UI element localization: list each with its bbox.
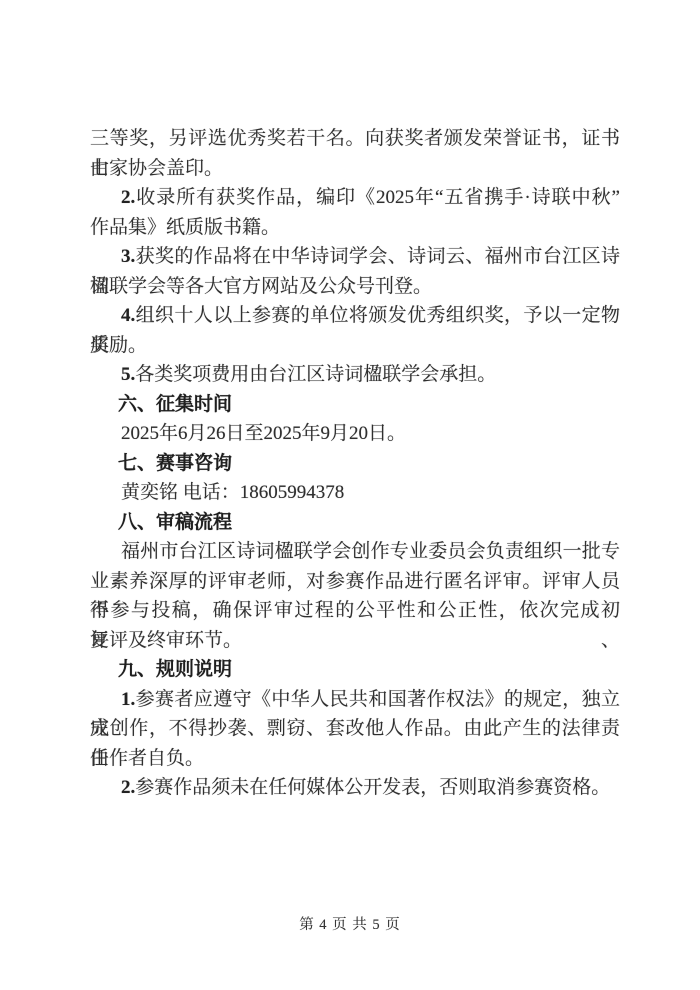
paragraph-number: 1.: [121, 689, 135, 710]
text-line-content: 参赛作品须未在任何媒体公开发表，否则取消参赛资格。: [135, 777, 610, 798]
text-line: 1.参赛者应遵守《中华人民共和国著作权法》的规定，独立完: [90, 685, 620, 715]
section-heading-label: 九、规则说明: [118, 659, 232, 680]
text-line-content: 奖励。: [90, 335, 147, 356]
section-heading-contest-inquiry: 七、赛事咨询: [90, 449, 620, 479]
text-line-content: 黄奕铭 电话：18605994378: [121, 482, 344, 503]
paragraph-number: 2.: [121, 777, 135, 798]
text-line-content: 各类奖项费用由台江区诗词楹联学会承担。: [135, 364, 496, 385]
text-line: 得参与投稿，确保评审过程的公平性和公正性，依次完成初评、: [90, 596, 620, 626]
text-line-content: 2025年6月26日至2025年9月20日。: [121, 423, 406, 444]
text-line: 三等奖，另评选优秀奖若干名。向获奖者颁发荣誉证书，证书由: [90, 124, 620, 154]
text-line-content: 收录所有获奖作品，编印《2025年“五省携手·诗联中秋”: [135, 187, 620, 208]
text-line: 5.各类奖项费用由台江区诗词楹联学会承担。: [90, 360, 620, 390]
text-line: 楹联学会等各大官方网站及公众号刊登。: [90, 272, 620, 302]
document-page: 三等奖，另评选优秀奖若干名。向获奖者颁发荣誉证书，证书由 七家协会盖印。 2.收…: [0, 0, 700, 990]
text-line: 3.获奖的作品将在中华诗词学会、诗词云、福州市台江区诗词: [90, 242, 620, 272]
text-line: 福州市台江区诗词楹联学会创作专业委员会负责组织一批专: [90, 537, 620, 567]
text-line-content: 作品集》纸质版书籍。: [90, 217, 280, 238]
text-line-content: 复评及终审环节。: [90, 630, 242, 651]
section-heading-review-process: 八、审稿流程: [90, 508, 620, 538]
section-heading-label: 七、赛事咨询: [118, 453, 232, 474]
text-line-content: 由作者自负。: [90, 748, 204, 769]
document-body: 三等奖，另评选优秀奖若干名。向获奖者颁发荣誉证书，证书由 七家协会盖印。 2.收…: [90, 124, 620, 803]
text-line: 4.组织十人以上参赛的单位将颁发优秀组织奖，予以一定物质: [90, 301, 620, 331]
page-number: 第 4 页 共 5 页: [0, 913, 700, 934]
text-line-content: 楹联学会等各大官方网站及公众号刊登。: [90, 276, 432, 297]
section-heading-label: 八、审稿流程: [118, 512, 232, 533]
section-heading-label: 六、征集时间: [118, 394, 232, 415]
text-line-contact-phone: 黄奕铭 电话：18605994378: [90, 478, 620, 508]
paragraph-number: 5.: [121, 364, 135, 385]
paragraph-number: 3.: [121, 246, 135, 267]
paragraph-number: 4.: [121, 305, 135, 326]
paragraph-number: 2.: [121, 187, 135, 208]
text-line-content: 福州市台江区诗词楹联学会创作专业委员会负责组织一批专: [121, 541, 620, 562]
text-line: 业素养深厚的评审老师，对参赛作品进行匿名评审。评审人员不: [90, 567, 620, 597]
text-line: 成创作，不得抄袭、剽窃、套改他人作品。由此产生的法律责任: [90, 714, 620, 744]
text-line: 由作者自负。: [90, 744, 620, 774]
text-line: 作品集》纸质版书籍。: [90, 213, 620, 243]
text-line-collection-dates: 2025年6月26日至2025年9月20日。: [90, 419, 620, 449]
text-line: 2.参赛作品须未在任何媒体公开发表，否则取消参赛资格。: [90, 773, 620, 803]
text-line: 奖励。: [90, 331, 620, 361]
section-heading-rules: 九、规则说明: [90, 655, 620, 685]
text-line: 七家协会盖印。: [90, 154, 620, 184]
section-heading-collection-time: 六、征集时间: [90, 390, 620, 420]
text-line: 2.收录所有获奖作品，编印《2025年“五省携手·诗联中秋”: [90, 183, 620, 213]
text-line-content: 七家协会盖印。: [90, 158, 223, 179]
